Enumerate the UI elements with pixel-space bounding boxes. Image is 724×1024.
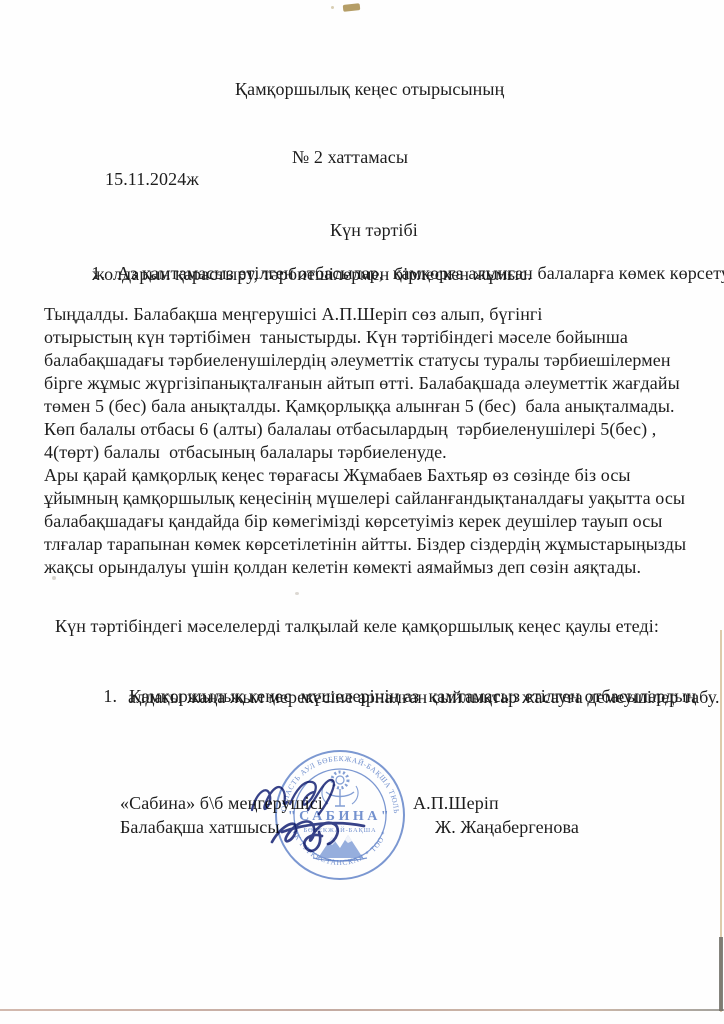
- body-line: Көп балалы отбасы 6 (алты) балалаы отбас…: [44, 418, 656, 441]
- body-line: төмен 5 (бес) бала анықталды. Қамқорлыққ…: [44, 395, 675, 418]
- stamp-emblem-icon: [322, 772, 358, 806]
- stamp-mountains-icon: [313, 835, 367, 861]
- body-line: балабақшадағы қандайда бір көмегімізді к…: [44, 510, 663, 533]
- body-line: 4(төрт) балалы отбасының балалары тәрбие…: [44, 441, 447, 464]
- body-line: бірге жұмыс жүргізіпанықталғанын айтып ө…: [44, 372, 680, 395]
- decision-intro: Күн тәртібіндегі мәселелерді талқылай ке…: [55, 615, 659, 638]
- document-date: 15.11.2024ж: [105, 168, 199, 191]
- stamp-arc-bottom-text: * РК ТУРКЕСТАНСКАЯ * ТОО *: [289, 823, 389, 867]
- body-line: ұйымның қамқоршылық кеңесінің мүшелері с…: [44, 487, 685, 510]
- scan-speck: [295, 592, 299, 595]
- body-line: Тыңдалды. Балабақша меңгерушісі А.П.Шері…: [44, 303, 543, 326]
- protocol-number: № 2 хаттамасы: [292, 146, 408, 169]
- official-stamp: ОБЛАСТЬ АУЛ БӨБЕКЖАЙ-БАҚША ТЮЛЬКУБАС * Р…: [263, 738, 417, 892]
- scan-smudge: [343, 3, 361, 12]
- body-line: балабақшадағы тәрбиеленушілердің әлеумет…: [44, 349, 671, 372]
- scan-smudge-dot: [331, 6, 334, 9]
- decision-item-line: алдағы жаңа жыл мерекесіне арналған сыйл…: [128, 686, 720, 709]
- signature-name-director: А.П.Шеріп: [413, 792, 499, 815]
- stamp-center-subtitle: БӨБЕКЖАЙ-БАҚША: [304, 826, 377, 834]
- body-line: Ары қарай қамқорлық кеңес төрағасы Жұмаб…: [44, 464, 631, 487]
- stamp-outer-ring: [276, 751, 404, 879]
- stamp-inner-ring: [294, 769, 386, 861]
- paper-corner-shadow: [719, 937, 723, 1011]
- paper-bottom-edge: [0, 1009, 724, 1011]
- signature-label-director: «Сабина» б\б меңгерушісі: [120, 792, 323, 815]
- scanned-document-page: Қамқоршылық кеңес отырысының № 2 хаттама…: [0, 0, 724, 1024]
- signature-name-secretary: Ж. Жаңабергенова: [435, 816, 579, 839]
- document-title: Қамқоршылық кеңес отырысының: [235, 78, 504, 101]
- agenda-item-line: жолдарын қарастыру, тәрбиешілермен бірле…: [92, 263, 532, 286]
- body-line: жақсы орындалуы үшін қолдан келетін көме…: [44, 556, 641, 579]
- svg-text:* РК ТУРКЕСТАНСКАЯ * ТОО *: * РК ТУРКЕСТАНСКАЯ * ТОО *: [289, 823, 389, 867]
- body-line: отырыстың күн тәртібімен таныстырды. Күн…: [44, 326, 628, 349]
- body-line: тлғалар тарапынан көмек көрсетілетінін а…: [44, 533, 686, 556]
- decision-item-number: 1.: [103, 685, 117, 708]
- signature-label-secretary: Балабақша хатшысы: [120, 816, 280, 839]
